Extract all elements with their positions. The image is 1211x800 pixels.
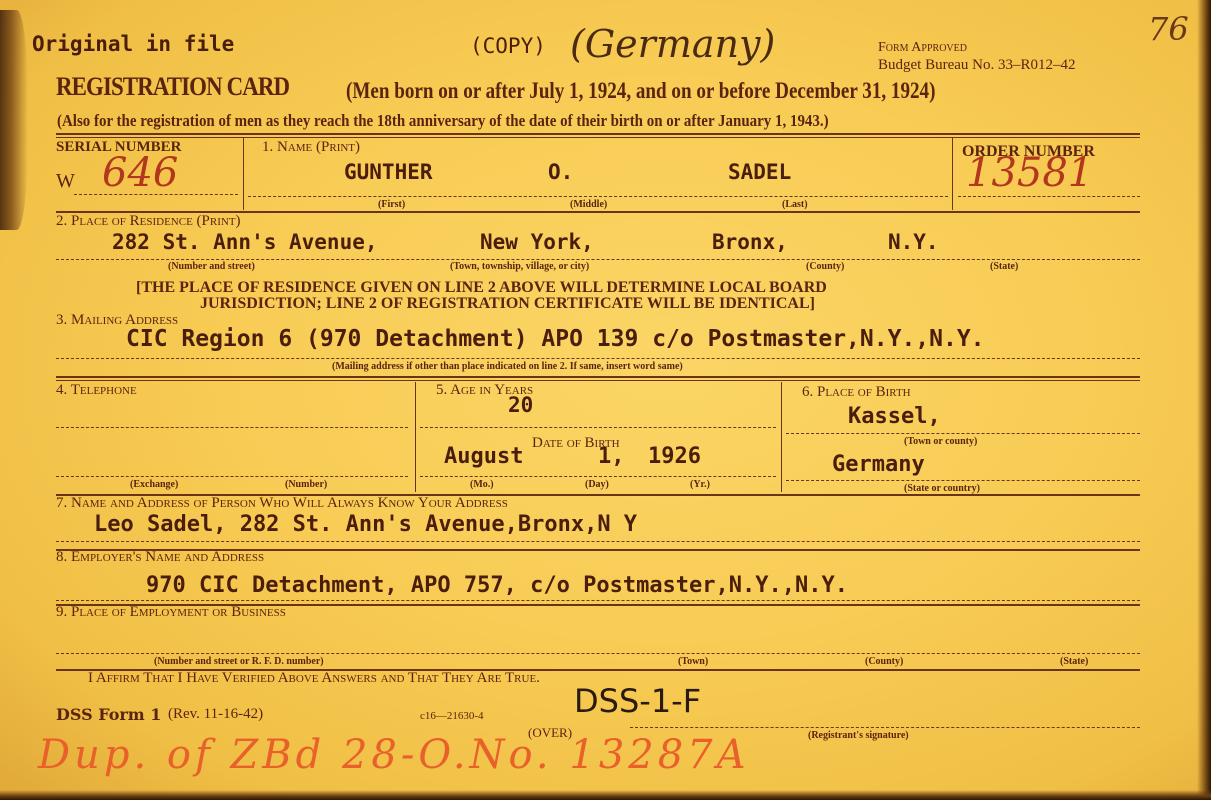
residence-street-value[interactable]: 282 St. Ann's Avenue,: [112, 230, 378, 254]
middle-initial-value[interactable]: O.: [548, 160, 573, 184]
order-number-value[interactable]: 13581: [966, 150, 1093, 196]
telephone-label: 4. Telephone: [56, 382, 137, 399]
copy-handwritten-country: (Germany): [570, 22, 775, 66]
last-name-value[interactable]: SADEL: [728, 160, 791, 184]
original-in-file-note: Original in file: [32, 32, 234, 56]
header-rule: [56, 133, 1140, 135]
employment-label: 9. Place of Employment or Business: [56, 604, 286, 621]
last-caption: (Last): [782, 199, 808, 210]
name-label: 1. Name (Print): [262, 139, 360, 156]
first-caption: (First): [378, 199, 405, 210]
state-caption: (State): [990, 261, 1018, 272]
first-name-value[interactable]: GUNTHER: [344, 160, 433, 184]
order-underline: [958, 196, 1140, 197]
divider: [415, 382, 416, 492]
form-revision: (Rev. 11-16-42): [168, 706, 263, 723]
affirmation-text: I Affirm That I Have Verified Above Answ…: [88, 670, 540, 687]
birth-country-underline: [786, 480, 1140, 481]
mailing-caption: (Mailing address if other than place ind…: [332, 361, 683, 372]
name-underline: [248, 196, 948, 197]
dob-underline: [420, 476, 776, 477]
residence-notice-line2: JURISDICTION; LINE 2 OF REGISTRATION CER…: [200, 295, 815, 313]
mailing-underline: [56, 358, 1140, 359]
copy-label: (COPY): [470, 34, 546, 58]
form-approved-label: Form Approved: [878, 40, 967, 56]
registration-card: Original in file (COPY) (Germany) Form A…: [0, 0, 1211, 800]
divider: [781, 382, 782, 492]
eligibility-note: (Men born on or after July 1, 1924, and …: [346, 78, 935, 104]
mailing-address-value[interactable]: CIC Region 6 (970 Detachment) APO 139 c/…: [126, 326, 985, 352]
paper-stain: [0, 10, 28, 230]
form-id: DSS Form 1: [56, 705, 161, 724]
employment-state-caption: (State): [1060, 656, 1088, 667]
year-caption: (Yr.): [690, 479, 710, 490]
serial-number-value[interactable]: 646: [102, 150, 178, 196]
town-caption: (Town, township, village, or city): [450, 261, 589, 272]
also-note: (Also for the registration of men as the…: [57, 111, 829, 131]
employment-street-caption: (Number and street or R. F. D. number): [154, 656, 324, 667]
corner-number: 76: [1148, 10, 1189, 48]
divider: [952, 138, 953, 210]
residence-county-value[interactable]: Bronx,: [712, 230, 788, 254]
exchange-caption: (Exchange): [130, 479, 178, 490]
card-edge-bottom: [0, 790, 1211, 800]
print-code: c16—21630-4: [420, 710, 484, 722]
header-rule-2: [56, 137, 1140, 138]
card-edge-right: [1197, 0, 1211, 800]
row-rule-2: [56, 380, 1140, 381]
middle-caption: (Middle): [570, 199, 607, 210]
contact-value[interactable]: Leo Sadel, 282 St. Ann's Avenue,Bronx,N …: [94, 512, 637, 537]
employer-label: 8. Employer's Name and Address: [56, 549, 264, 566]
birth-country-caption: (State or country): [904, 483, 980, 494]
contact-underline: [56, 541, 1140, 542]
birth-day-value[interactable]: 1,: [598, 444, 625, 469]
row-rule: [56, 376, 1140, 378]
employment-town-caption: (Town): [678, 656, 708, 667]
number-caption: (Number): [285, 479, 327, 490]
employment-underline: [56, 653, 1140, 654]
residence-state-value[interactable]: N.Y.: [888, 230, 939, 254]
residence-town-value[interactable]: New York,: [480, 230, 594, 254]
registrant-signature[interactable]: DSS-1-F: [574, 682, 701, 720]
serial-prefix: W: [56, 170, 75, 193]
residence-underline: [56, 259, 1140, 260]
employment-county-caption: (County): [865, 656, 903, 667]
age-value[interactable]: 20: [508, 393, 533, 417]
birth-year-value[interactable]: 1926: [648, 444, 701, 469]
employer-underline: [56, 600, 1140, 601]
signature-line: [630, 727, 1140, 728]
handwritten-duplicate-note: Dup. of ZBd 28-O.No. 13287A: [38, 732, 750, 778]
county-caption: (County): [806, 261, 844, 272]
budget-bureau-number: Budget Bureau No. 33–R012–42: [878, 57, 1075, 74]
telephone-line1: [56, 427, 408, 428]
serial-underline: [74, 194, 238, 195]
birth-country-value[interactable]: Germany: [832, 452, 925, 477]
age-underline: [420, 427, 776, 428]
birth-month-value[interactable]: August: [444, 444, 523, 469]
month-caption: (Mo.): [470, 479, 494, 490]
birth-town-value[interactable]: Kassel,: [848, 404, 941, 429]
birth-town-underline: [786, 433, 1140, 434]
street-caption: (Number and street): [168, 261, 255, 272]
birth-town-caption: (Town or county): [904, 436, 977, 447]
employer-value[interactable]: 970 CIC Detachment, APO 757, c/o Postmas…: [146, 573, 848, 598]
birthplace-label: 6. Place of Birth: [802, 384, 911, 401]
signature-caption: (Registrant's signature): [808, 730, 909, 741]
day-caption: (Day): [585, 479, 609, 490]
contact-label: 7. Name and Address of Person Who Will A…: [56, 495, 508, 512]
telephone-line2: [56, 476, 408, 477]
divider: [243, 138, 244, 210]
residence-label: 2. Place of Residence (Print): [56, 213, 241, 230]
card-title: REGISTRATION CARD: [56, 72, 289, 102]
